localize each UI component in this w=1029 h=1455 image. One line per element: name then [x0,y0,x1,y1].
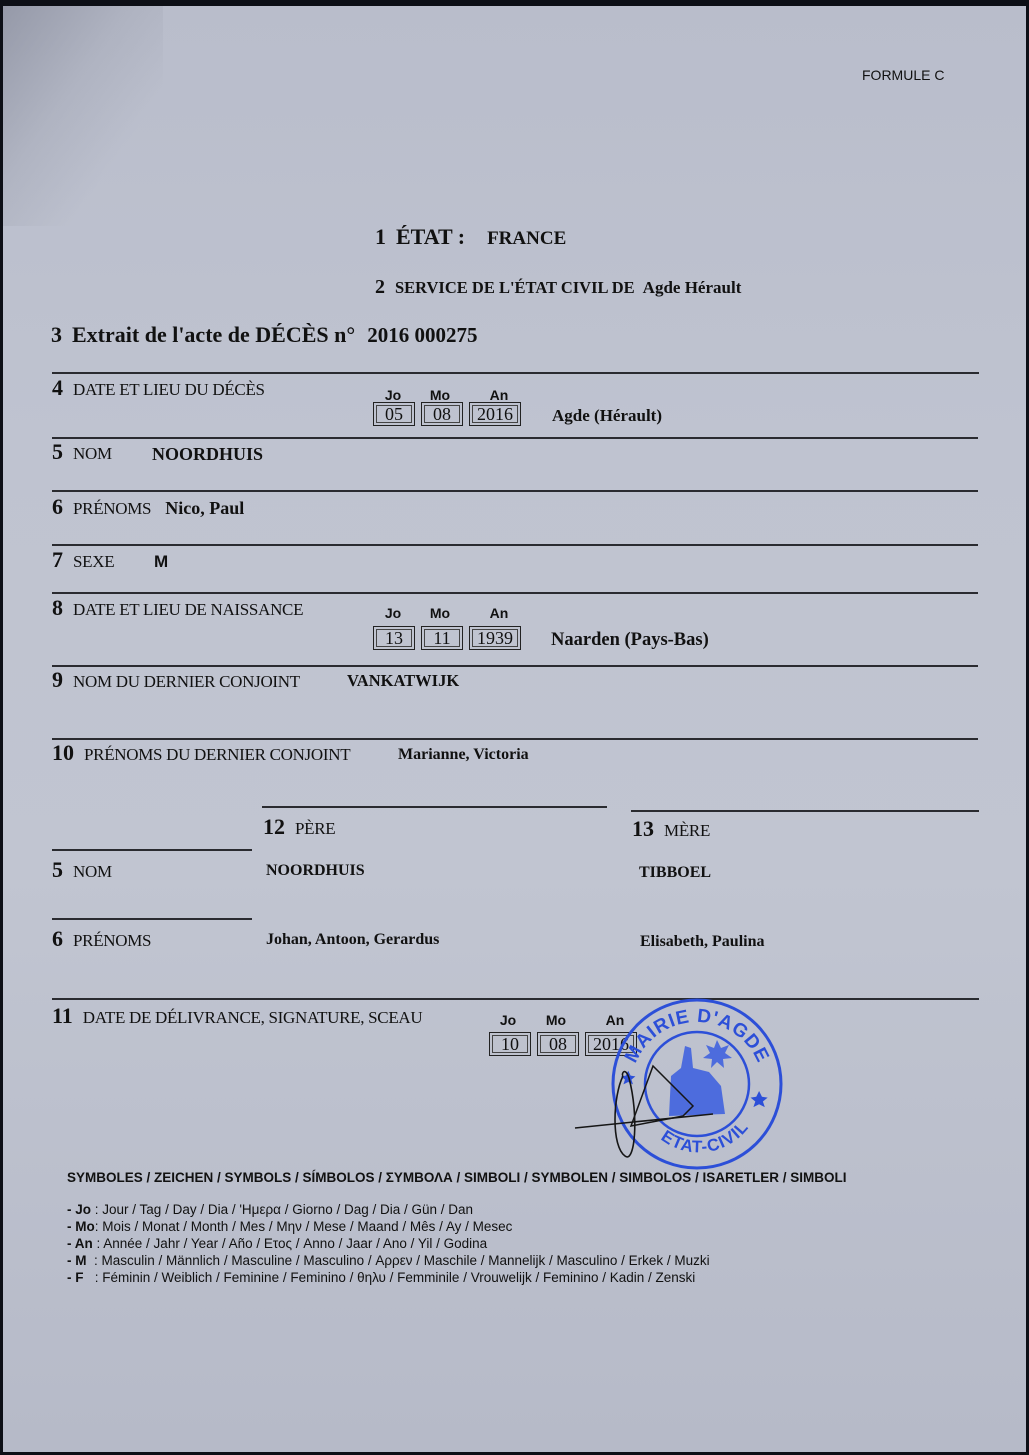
father-header: 12 PÈRE [263,814,335,840]
field-label: Extrait de l'acte de DÉCÈS n° [72,322,355,347]
surname-value: NOORDHUIS [152,444,263,465]
field-number: 3 [51,322,62,347]
field-etat: 1 ÉTAT : FRANCE [375,224,566,250]
legend-line-m: - M : Masculin / Männlich / Masculine / … [67,1252,710,1269]
field-label: DATE DE DÉLIVRANCE, SIGNATURE, SCEAU [83,1008,423,1027]
field-last-spouse-first-names: 10 PRÉNOMS DU DERNIER CONJOINT [52,740,350,766]
issue-day-box: 10 [489,1032,531,1056]
sex-value: M [154,552,168,572]
field-number: 6 [52,494,63,519]
field-number: 9 [52,667,63,692]
field-number: 10 [52,740,74,765]
field-label: PRÉNOMS DU DERNIER CONJOINT [84,745,350,764]
death-day-box: 05 [373,402,415,426]
form-code: FORMULE C [862,67,944,83]
field-number: 6 [52,926,63,951]
field-number: 8 [52,595,63,620]
field-label: NOM DU DERNIER CONJOINT [73,672,300,691]
parents-surname-label: 5 NOM [52,857,112,883]
year-header: An [479,605,519,621]
legend-sep: : [84,1270,103,1285]
field-death-date-place: 4 DATE ET LIEU DU DÉCÈS [52,375,265,401]
legend-text: Année / Jahr / Year / Año / Ετος / Anno … [103,1236,487,1251]
field-number: 12 [263,814,285,839]
field-label: SEXE [73,552,114,571]
legend-sep: : [91,1202,102,1217]
field-first-names: 6 PRÉNOMS Nico, Paul [52,494,244,520]
field-label: PÈRE [295,819,335,838]
month-header: Mo [420,387,460,403]
field-label: DATE ET LIEU DU DÉCÈS [73,380,265,399]
field-label: SERVICE DE L'ÉTAT CIVIL DE [395,278,635,297]
legend-line-jo: - Jo : Jour / Tag / Day / Dia / 'Ημερα /… [67,1201,710,1218]
divider [52,592,978,594]
divider [52,998,979,1000]
service-value: Agde Hérault [643,278,742,297]
divider [631,810,979,812]
legend-text: Mois / Monat / Month / Mes / Μην / Mese … [102,1219,512,1234]
act-number-value: 2016 000275 [367,323,477,347]
last-spouse-first-names-value: Marianne, Victoria [398,746,529,764]
first-names-value: Nico, Paul [165,498,244,518]
field-issue-date: 11 DATE DE DÉLIVRANCE, SIGNATURE, SCEAU [52,1003,422,1029]
legend-key: - Mo [67,1219,95,1234]
field-label: MÈRE [664,821,710,840]
divider [262,806,607,808]
day-header: Jo [373,605,413,621]
field-number: 13 [632,816,654,841]
legend-text: Féminin / Weiblich / Feminine / Feminino… [102,1270,695,1285]
divider [52,490,978,492]
death-certificate-page: FORMULE C 1 ÉTAT : FRANCE 2 SERVICE DE L… [3,6,1026,1452]
divider [52,372,979,374]
field-service: 2 SERVICE DE L'ÉTAT CIVIL DE Agde Héraul… [375,276,741,299]
field-label: PRÉNOMS [73,931,151,950]
field-label: PRÉNOMS [73,499,151,518]
parents-first-names-label: 6 PRÉNOMS [52,926,151,952]
field-number: 1 [375,224,386,249]
field-number: 2 [375,276,385,298]
day-header: Jo [488,1012,528,1028]
issue-month-box: 08 [537,1032,579,1056]
field-number: 4 [52,375,63,400]
legend-key: - F [67,1270,84,1285]
field-label: DATE ET LIEU DE NAISSANCE [73,600,303,619]
divider [52,849,252,851]
legend-key: - An [67,1236,93,1251]
field-birth-date-place: 8 DATE ET LIEU DE NAISSANCE [52,595,303,621]
father-first-names: Johan, Antoon, Gerardus [266,931,439,949]
legend-key: - M [67,1253,87,1268]
month-header: Mo [420,605,460,621]
birth-month-box: 11 [421,626,463,650]
legend-text: Masculin / Männlich / Masculine / Mascul… [102,1253,710,1268]
field-number: 5 [52,439,63,464]
legend-line-an: - An : Année / Jahr / Year / Año / Ετος … [67,1235,710,1252]
legend-sep: : [93,1236,104,1251]
symbols-heading: SYMBOLES / ZEICHEN / SYMBOLS / SÍMBOLOS … [67,1170,847,1185]
legend-text: Jour / Tag / Day / Dia / 'Ημερα / Giorno… [102,1202,473,1217]
birth-year-box: 1939 [469,626,521,650]
field-sex: 7 SEXE [52,547,114,573]
legend-key: - Jo [67,1202,91,1217]
divider [52,918,252,920]
divider [52,544,978,546]
field-label: NOM [73,444,112,463]
last-spouse-name-value: VANKATWIJK [347,671,459,691]
paper-fold-shadow [3,6,163,226]
mother-surname: TIBBOEL [639,864,711,882]
legend-line-mo: - Mo: Mois / Monat / Month / Mes / Μην /… [67,1218,710,1235]
divider [52,437,978,439]
mother-header: 13 MÈRE [632,816,710,842]
field-label: NOM [73,862,112,881]
symbols-legend: - Jo : Jour / Tag / Day / Dia / 'Ημερα /… [67,1201,710,1286]
field-number: 7 [52,547,63,572]
field-surname: 5 NOM [52,439,112,465]
field-last-spouse-name: 9 NOM DU DERNIER CONJOINT [52,667,300,693]
field-number: 5 [52,857,63,882]
year-header: An [479,387,519,403]
death-year-box: 2016 [469,402,521,426]
signature-mark [563,1056,723,1166]
death-place: Agde (Hérault) [552,406,662,426]
legend-sep: : [87,1253,102,1268]
field-number: 11 [52,1003,73,1028]
day-header: Jo [373,387,413,403]
legend-line-f: - F : Féminin / Weiblich / Feminine / Fe… [67,1269,710,1286]
field-label: ÉTAT : [396,224,465,249]
birth-day-box: 13 [373,626,415,650]
death-month-box: 08 [421,402,463,426]
mother-first-names: Elisabeth, Paulina [640,933,764,951]
country-value: FRANCE [487,228,566,249]
field-act-number: 3 Extrait de l'acte de DÉCÈS n° 2016 000… [51,322,477,348]
birth-place: Naarden (Pays-Bas) [551,630,709,651]
father-surname: NOORDHUIS [266,862,365,880]
month-header: Mo [536,1012,576,1028]
